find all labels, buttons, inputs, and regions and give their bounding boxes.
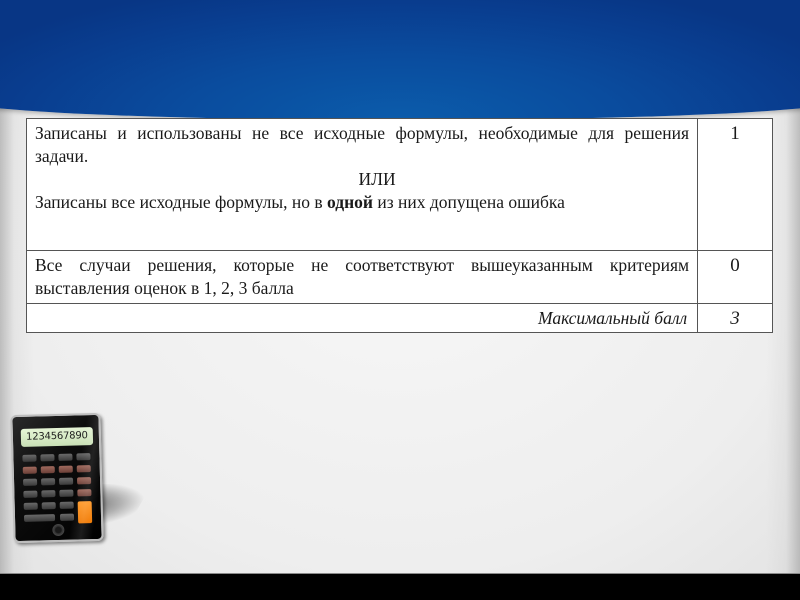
calculator-icon: 1234567890 (12, 414, 106, 544)
score-cell: 1 (698, 119, 773, 251)
criterion-text-alt-bold: одной (327, 192, 373, 212)
max-score-value: 3 (698, 304, 773, 333)
criteria-table: Записаны и использованы не все исходные … (26, 118, 773, 333)
calculator-key (23, 467, 37, 474)
calculator-body: 1234567890 (10, 413, 103, 543)
max-score-label-cell: Максимальный балл (27, 304, 698, 333)
criterion-cell: Записаны и использованы не все исходные … (27, 119, 698, 251)
calculator-key (22, 455, 36, 462)
max-score-label: Максимальный балл (35, 307, 689, 330)
header-band (0, 0, 800, 120)
criterion-text-alt-end: из них допущена ошибка (373, 192, 565, 212)
criterion-text-alt-start: Записаны все исходные формулы, но в (35, 192, 327, 212)
table-row-total: Максимальный балл 3 (27, 304, 773, 333)
criterion-text: Записаны и использованы не все исходные … (35, 123, 689, 166)
or-separator: ИЛИ (65, 168, 689, 191)
table-row: Все случаи решения, которые не соответст… (27, 251, 773, 304)
calculator-key (23, 479, 37, 486)
criterion-cell: Все случаи решения, которые не соответст… (27, 251, 698, 304)
calculator-key (23, 491, 37, 498)
score-cell: 0 (698, 251, 773, 304)
criterion-text-alt: Записаны все исходные формулы, но в одно… (35, 192, 565, 212)
calculator-key (24, 503, 38, 510)
calculator-gloss (42, 413, 104, 543)
bottom-strip (0, 573, 800, 600)
table-row: Записаны и использованы не все исходные … (27, 119, 773, 251)
slide: Записаны и использованы не все исходные … (0, 0, 800, 600)
